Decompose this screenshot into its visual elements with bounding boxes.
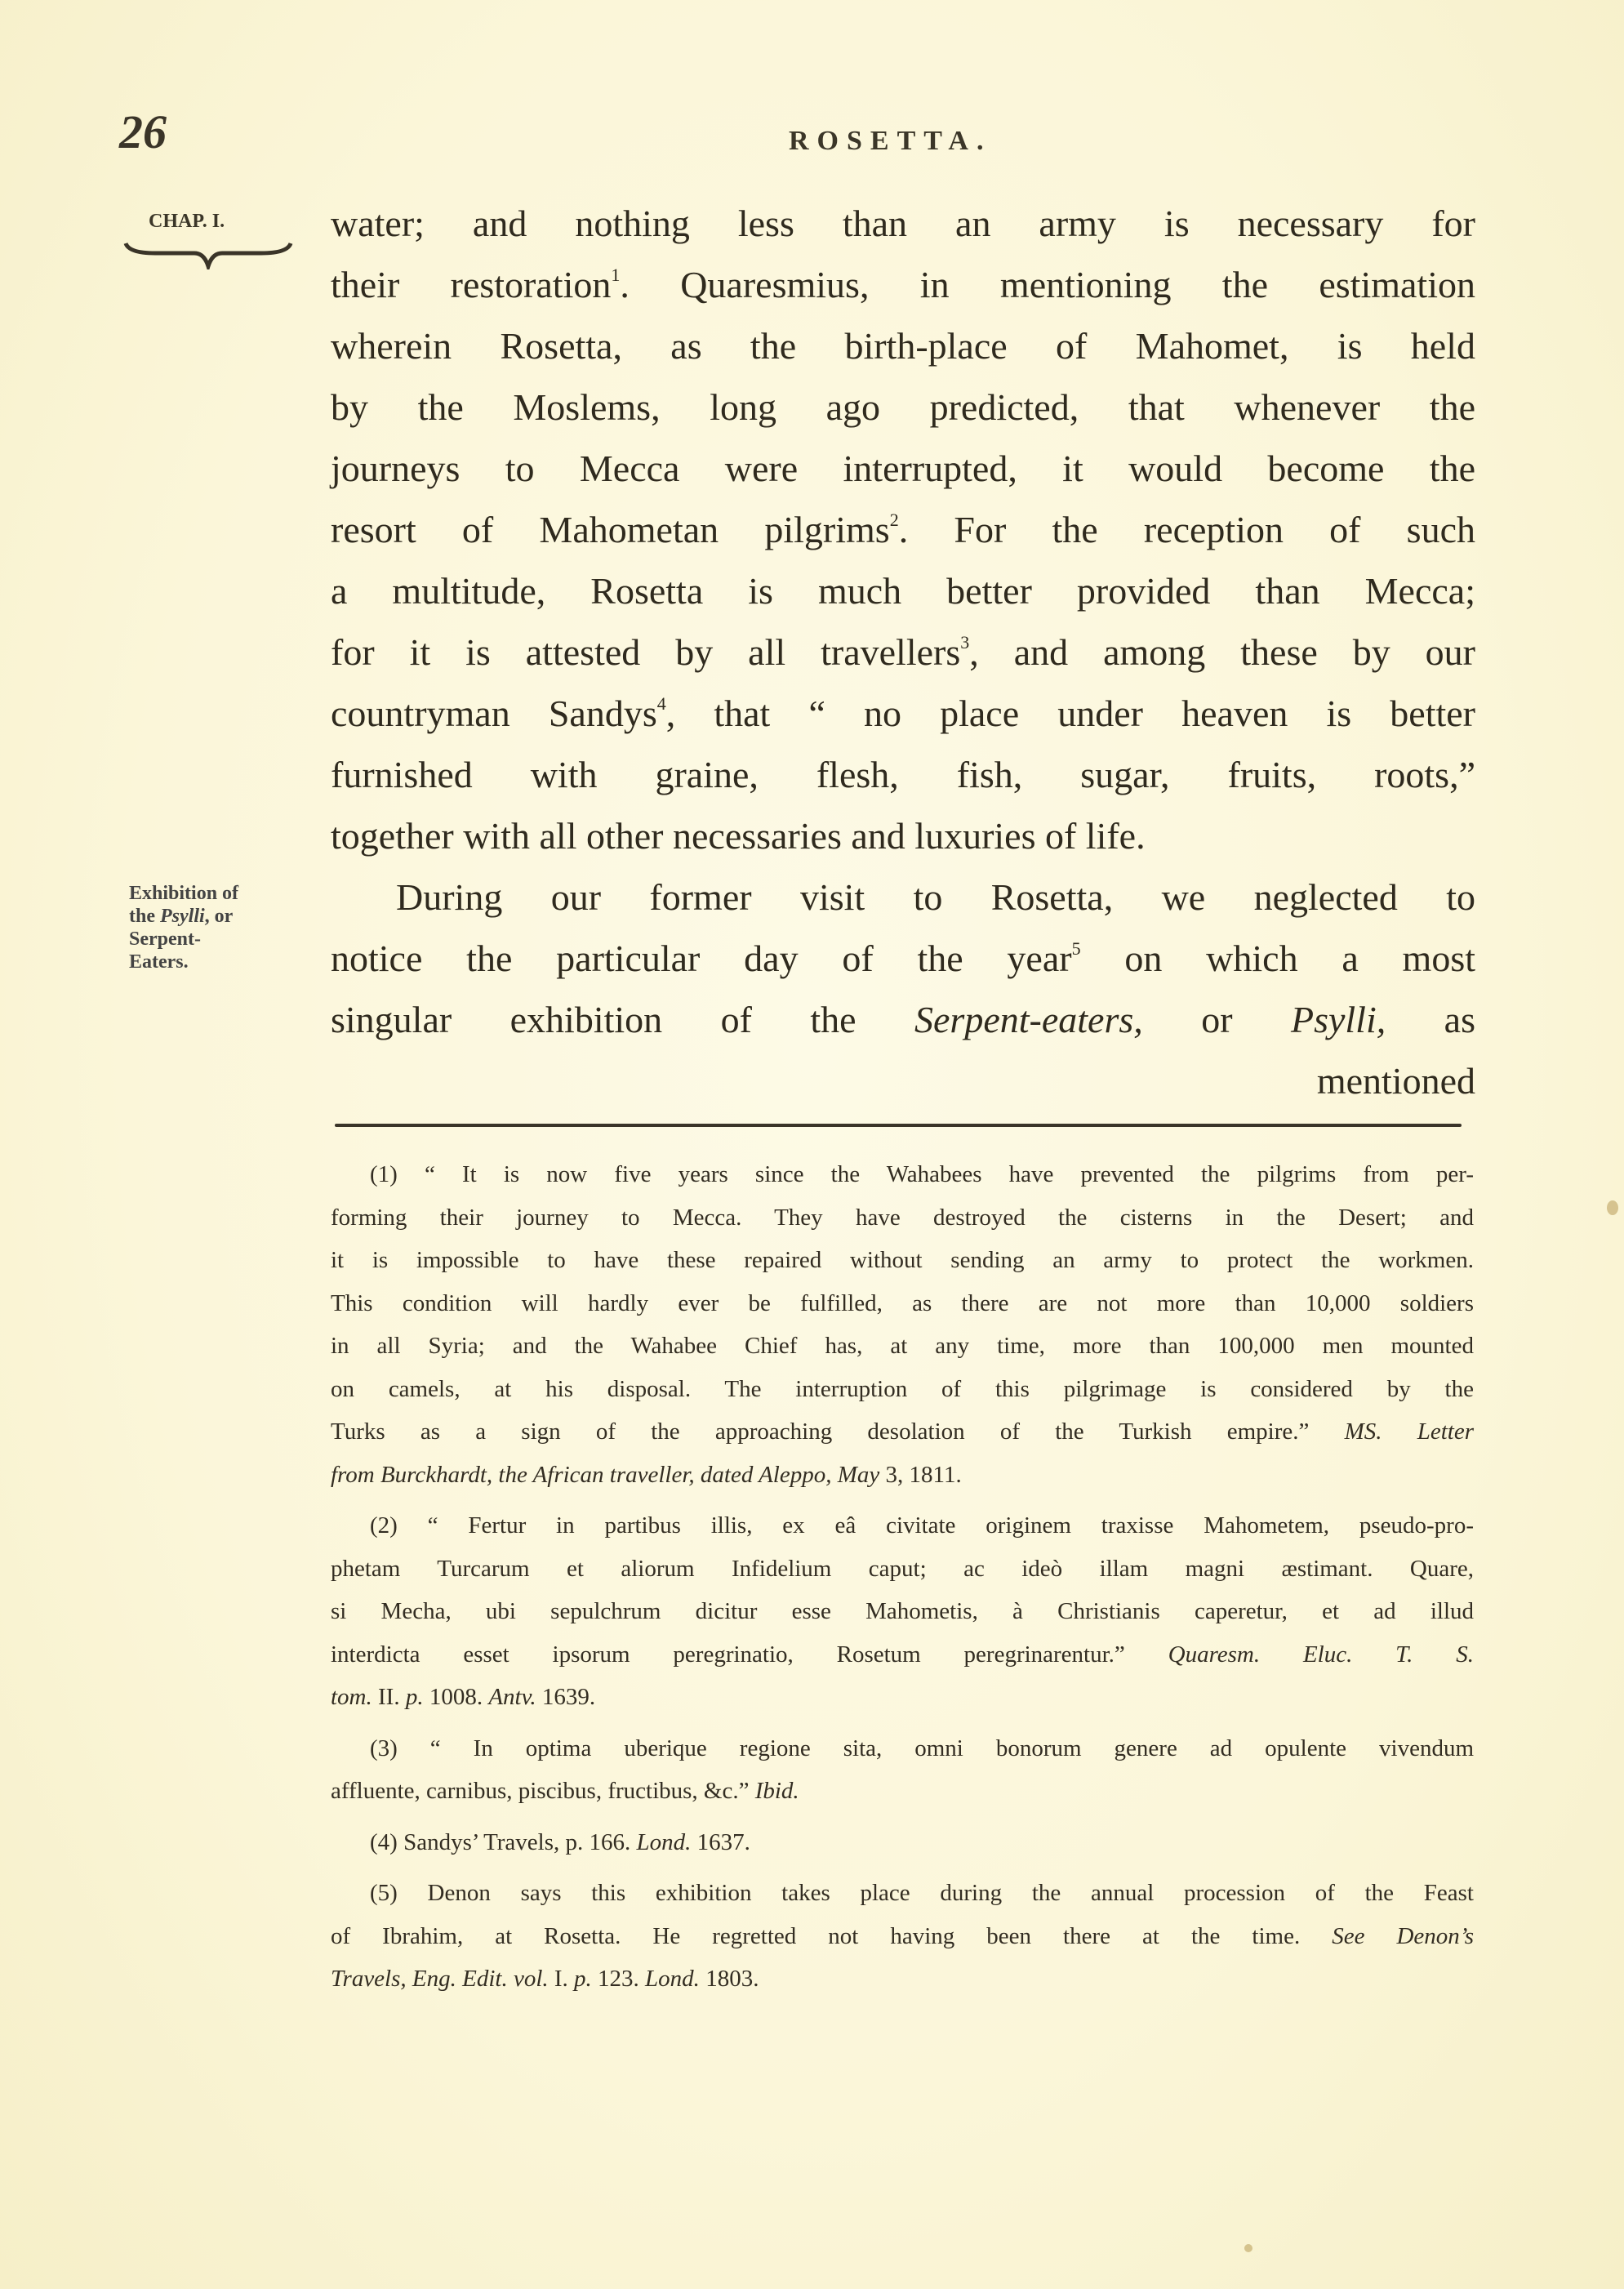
footnote-line: of Ibrahim, at Rosetta. He regretted not…: [331, 1915, 1474, 1958]
paper-stain: [1244, 2244, 1252, 2252]
text: on which a most: [1081, 937, 1475, 979]
margin-note-line: Exhibition of: [129, 883, 238, 904]
italic-text: Antv.: [488, 1684, 536, 1710]
text: (4) Sandys’ Travels, p. 166.: [370, 1829, 637, 1855]
footnote-4: (4) Sandys’ Travels, p. 166. Lond. 1637.: [331, 1821, 1474, 1864]
page-number: 26: [119, 105, 167, 159]
body-text: water; and nothing less than an army is …: [331, 193, 1475, 1111]
margin-note: Exhibition of the Psylli, or Serpent- Ea…: [129, 882, 317, 973]
italic-text: MS. Letter: [1345, 1418, 1474, 1445]
footnote-1: (1) “ It is now five years since the Wah…: [331, 1153, 1474, 1496]
italic-text: Ibid.: [755, 1778, 799, 1804]
footnote-line: (1) “ It is now five years since the Wah…: [331, 1153, 1474, 1196]
margin-note-line: the: [129, 906, 160, 927]
margin-note-italic: Psylli: [160, 906, 205, 927]
footnote-line: in all Syria; and the Wahabee Chief has,…: [331, 1325, 1474, 1368]
text: , and among these by our: [969, 631, 1475, 673]
italic-text: Lond.: [645, 1966, 700, 1992]
paper-stain: [1607, 1200, 1618, 1215]
footnote-line: (4) Sandys’ Travels, p. 166. Lond. 1637.: [331, 1821, 1474, 1864]
italic-text: tom.: [331, 1684, 372, 1710]
body-line: notice the particular day of the year5 o…: [331, 928, 1475, 989]
text: . Quaresmius, in mentioning the estimati…: [620, 264, 1475, 305]
footnote-ref-1[interactable]: 1: [611, 265, 620, 285]
body-line: water; and nothing less than an army is …: [331, 193, 1475, 254]
text: of Ibrahim, at Rosetta. He regretted not…: [331, 1923, 1332, 1949]
footnote-line: This condition will hardly ever be fulfi…: [331, 1282, 1474, 1325]
body-line: furnished with graine, flesh, fish, suga…: [331, 744, 1475, 805]
footnote-line: on camels, at his disposal. The interrup…: [331, 1368, 1474, 1411]
footnote-line: Turks as a sign of the approaching desol…: [331, 1410, 1474, 1454]
italic-text: See Denon’s: [1332, 1923, 1474, 1949]
footnote-line: si Mecha, ubi sepulchrum dicitur esse Ma…: [331, 1590, 1474, 1633]
footnote-ref-2[interactable]: 2: [890, 510, 899, 530]
footnote-ref-3[interactable]: 3: [960, 632, 969, 652]
footnote-line: phetam Turcarum et aliorum Infidelium ca…: [331, 1548, 1474, 1591]
footnotes: (1) “ It is now five years since the Wah…: [331, 1153, 1474, 2009]
italic-text: p.: [406, 1684, 424, 1710]
body-line: their restoration1. Quaresmius, in menti…: [331, 254, 1475, 315]
italic-text: Serpent-eaters,: [914, 999, 1143, 1040]
footnote-line: interdicta esset ipsorum peregrinatio, R…: [331, 1633, 1474, 1677]
text: II.: [372, 1684, 406, 1710]
footnote-line: Travels, Eng. Edit. vol. I. p. 123. Lond…: [331, 1957, 1474, 2001]
body-line: wherein Rosetta, as the birth-place of M…: [331, 315, 1475, 376]
margin-note-line: Serpent-: [129, 929, 201, 950]
footnote-line: forming their journey to Mecca. They hav…: [331, 1196, 1474, 1240]
footnote-ref-5[interactable]: 5: [1072, 938, 1081, 959]
text: or: [1143, 999, 1291, 1040]
body-line: journeys to Mecca were interrupted, it w…: [331, 438, 1475, 499]
italic-text: from Burckhardt, the African traveller, …: [331, 1462, 879, 1488]
body-line: countryman Sandys4, that “ no place unde…: [331, 683, 1475, 744]
brace-ornament-icon: [122, 242, 294, 269]
body-line: singular exhibition of the Serpent-eater…: [331, 989, 1475, 1050]
text: 1803.: [700, 1966, 759, 1992]
text: singular exhibition of the: [331, 999, 914, 1040]
body-line: a multitude, Rosetta is much better prov…: [331, 560, 1475, 621]
body-line: During our former visit to Rosetta, we n…: [331, 866, 1475, 928]
text: interdicta esset ipsorum peregrinatio, R…: [331, 1641, 1168, 1668]
text: 123.: [592, 1966, 645, 1992]
text: 1637.: [691, 1829, 750, 1855]
footnote-5: (5) Denon says this exhibition takes pla…: [331, 1872, 1474, 2001]
footnote-2: (2) “ Fertur in partibus illis, ex eâ ci…: [331, 1504, 1474, 1719]
text: notice the particular day of the year: [331, 937, 1072, 979]
margin-note-line: Eaters.: [129, 951, 189, 973]
footnote-divider: [335, 1124, 1462, 1127]
margin-note-line: , or: [205, 906, 234, 927]
footnote-line: (3) “ In optima uberique regione sita, o…: [331, 1727, 1474, 1770]
text: as: [1386, 999, 1475, 1040]
text: 1008.: [424, 1684, 489, 1710]
text: for it is attested by all travellers: [331, 631, 960, 673]
body-line: resort of Mahometan pilgrims2. For the r…: [331, 499, 1475, 560]
italic-text: Lond.: [637, 1829, 692, 1855]
footnote-ref-4[interactable]: 4: [657, 693, 666, 714]
italic-text: p.: [574, 1966, 592, 1992]
catchword: mentioned: [331, 1050, 1475, 1111]
text: I.: [549, 1966, 574, 1992]
body-line: by the Moslems, long ago predicted, that…: [331, 376, 1475, 438]
footnote-line: affluente, carnibus, piscibus, fructibus…: [331, 1770, 1474, 1813]
text: resort of Mahometan pilgrims: [331, 509, 890, 550]
text: 3, 1811.: [879, 1462, 961, 1488]
text: 1639.: [536, 1684, 596, 1710]
text: . For the reception of such: [899, 509, 1475, 550]
footnote-line: it is impossible to have these repaired …: [331, 1239, 1474, 1282]
text: their restoration: [331, 264, 611, 305]
chapter-label: CHAP. I.: [149, 211, 225, 233]
body-line: together with all other necessaries and …: [331, 805, 1475, 866]
text: , that “ no place under heaven is better: [666, 692, 1475, 734]
text: countryman Sandys: [331, 692, 657, 734]
footnote-line: from Burckhardt, the African traveller, …: [331, 1454, 1474, 1497]
italic-text: Psylli,: [1291, 999, 1386, 1040]
running-title: ROSETTA.: [789, 126, 991, 157]
footnote-line: (5) Denon says this exhibition takes pla…: [331, 1872, 1474, 1915]
italic-text: Quaresm. Eluc. T. S.: [1168, 1641, 1474, 1668]
footnote-line: tom. II. p. 1008. Antv. 1639.: [331, 1676, 1474, 1719]
footnote-line: (2) “ Fertur in partibus illis, ex eâ ci…: [331, 1504, 1474, 1548]
text: affluente, carnibus, piscibus, fructibus…: [331, 1778, 755, 1804]
footnote-3: (3) “ In optima uberique regione sita, o…: [331, 1727, 1474, 1813]
body-line: for it is attested by all travellers3, a…: [331, 621, 1475, 683]
italic-text: Travels, Eng. Edit. vol.: [331, 1966, 549, 1992]
text: Turks as a sign of the approaching desol…: [331, 1418, 1345, 1445]
